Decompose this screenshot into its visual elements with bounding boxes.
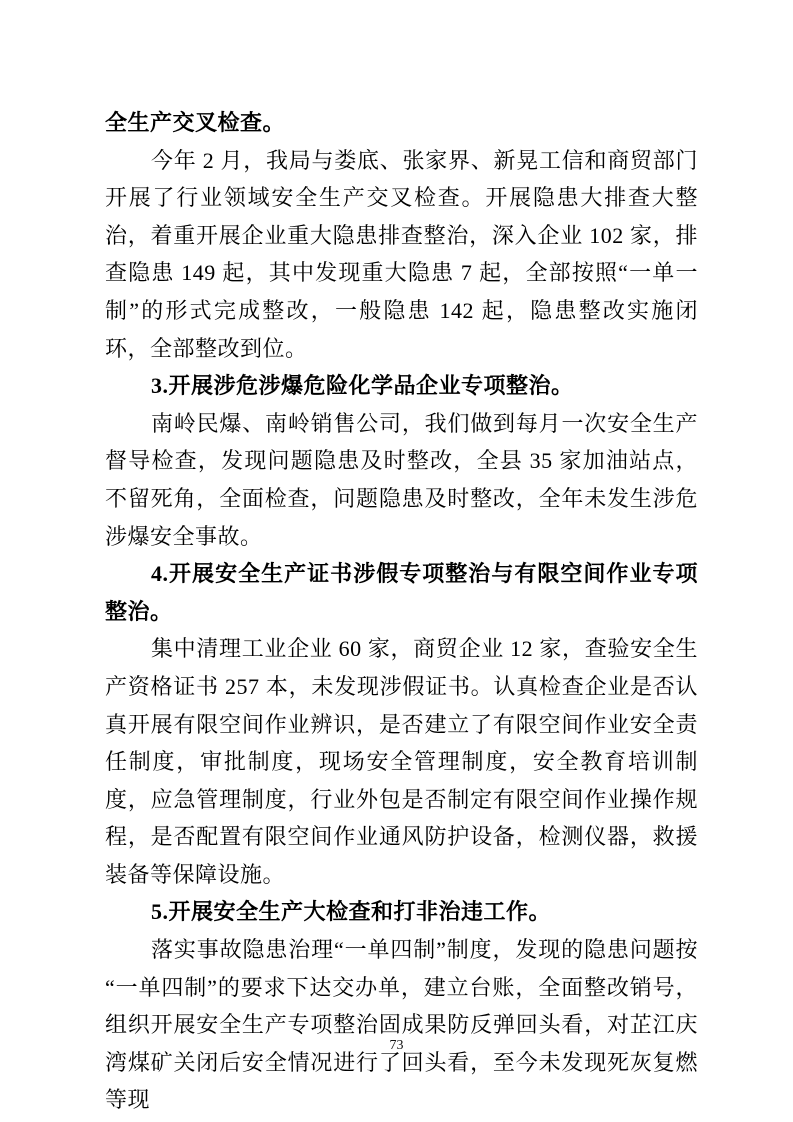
paragraph-certificates: 集中清理工业企业 60 家，商贸企业 12 家，查验安全生产资格证书 257 本… (105, 630, 698, 893)
section-heading-3: 3.开展涉危涉爆危险化学品企业专项整治。 (105, 367, 698, 405)
paragraph-hazchem: 南岭民爆、南岭销售公司，我们做到每月一次安全生产督导检查，发现问题隐患及时整改，… (105, 405, 698, 555)
heading-continuation: 全生产交叉检查。 (105, 104, 698, 142)
page-footer: 73 (0, 1036, 793, 1055)
document-page: 全生产交叉检查。 今年 2 月，我局与娄底、张家界、新晃工信和商贸部门开展了行业… (0, 0, 793, 1122)
document-body: 全生产交叉检查。 今年 2 月，我局与娄底、张家界、新晃工信和商贸部门开展了行业… (105, 104, 698, 1119)
paragraph-cross-inspection: 今年 2 月，我局与娄底、张家界、新晃工信和商贸部门开展了行业领域安全生产交叉检… (105, 142, 698, 368)
paragraph-inspection-campaign: 落实事故隐患治理“一单四制”制度，发现的隐患问题按“一单四制”的要求下达交办单，… (105, 931, 698, 1119)
page-number: 73 (390, 1038, 404, 1053)
section-heading-4: 4.开展安全生产证书涉假专项整治与有限空间作业专项整治。 (105, 555, 698, 630)
section-heading-5: 5.开展安全生产大检查和打非治违工作。 (105, 893, 698, 931)
